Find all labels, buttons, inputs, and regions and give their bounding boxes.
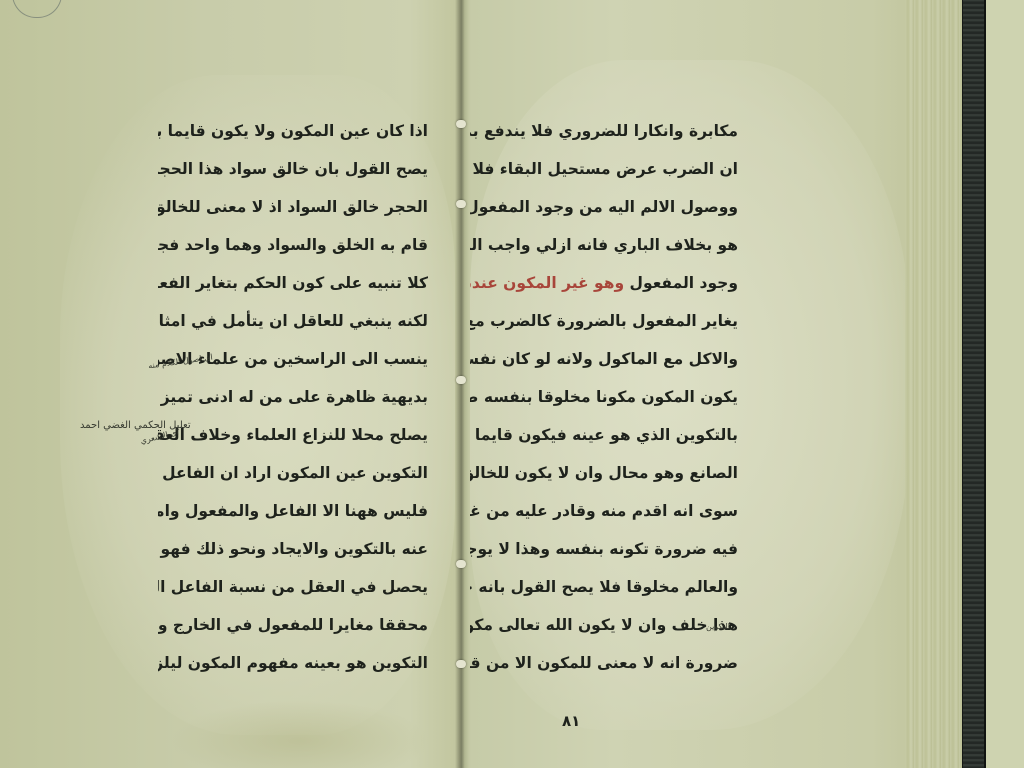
manuscript-spread: اذا كان عين المكون ولا يكون قايما بذات ا… (0, 0, 1024, 768)
text-line: التكوين عين المكون اراد ان الفاعل اذا فع… (158, 454, 428, 492)
stitch-hole (456, 376, 466, 384)
text-segment: وجود المفعول (624, 274, 738, 292)
text-line: لكنه ينبغي للعاقل ان يتأمل في امثال هذه … (158, 302, 428, 340)
corner-pencil-mark (12, 0, 62, 18)
text-line: ان الضرب عرض مستحيل البقاء فلا بد لتعلقه… (470, 150, 738, 188)
text-segment: ان الضرب عرض مستحيل البقاء فلا بد لتعلقه… (470, 160, 738, 178)
text-segment: مكابرة وانكارا للضروري فلا يندفع بما يقا… (470, 122, 738, 140)
text-segment: ضرورة انه لا معنى للمكون الا من قام به ا… (470, 654, 738, 672)
text-segment: والاكل مع الماكول ولانه لو كان نفس المكو… (470, 350, 738, 368)
text-line: هو بخلاف الباري فانه ازلي واجب الدوام يب… (470, 226, 738, 264)
text-line: قام به الخلق والسواد وهما واحد فجعلهما و… (158, 226, 428, 264)
text-line: سوى انه اقدم منه وقادر عليه من غير صنع و… (470, 492, 738, 530)
text-segment: الصانع وهو محال وان لا يكون للخالق تعلق … (470, 464, 738, 482)
marginal-gloss: التكوين (706, 622, 730, 631)
text-line: فليس ههنا الا الفاعل والمفعول واما المعن… (158, 492, 428, 530)
text-line: يغاير المفعول بالضرورة كالضرب مع المضروب (470, 302, 738, 340)
book-gutter (455, 0, 469, 768)
text-line: وجود المفعول وهو غير المكون عندنا لان ال… (470, 264, 738, 302)
text-line: ضرورة انه لا معنى للمكون الا من قام به ا… (470, 644, 738, 682)
page-number: ٨١ (562, 712, 580, 730)
stitch-hole (456, 660, 466, 668)
text-line: والعالم مخلوقا فلا يصح القول بانه خالق ا… (470, 568, 738, 606)
cover-board (986, 0, 1024, 768)
text-line: بديهية ظاهرة على من له ادنى تميز بل يطلب… (158, 378, 428, 416)
text-line: يحصل في العقل من نسبة الفاعل الى المفعول… (158, 568, 428, 606)
text-line: محققا مغايرا للمفعول في الخارج ولم يرد ا… (158, 606, 428, 644)
page-block-edges (905, 0, 963, 768)
text-segment: ووصول الالم اليه من وجود المفعول معه اذ … (470, 198, 738, 216)
text-segment: سوى انه اقدم منه وقادر عليه من غير صنع و… (470, 502, 738, 520)
text-line: اذا كان عين المكون ولا يكون قايما بذات ا… (158, 112, 428, 150)
rubricated-text: وهو غير المكون عندنا (470, 274, 624, 292)
text-line: يكون المكون مكونا مخلوقا بنفسه ضرورة انه… (470, 378, 738, 416)
text-line: والاكل مع الماكول ولانه لو كان نفس المكو… (470, 340, 738, 378)
leather-binding-spine (962, 0, 986, 768)
text-line: الحجر خالق السواد اذ لا معنى للخالق والا… (158, 188, 428, 226)
text-line: كلا تنبيه على كون الحكم بتغاير الفعل وال… (158, 264, 428, 302)
left-page-text-block: اذا كان عين المكون ولا يكون قايما بذات ا… (158, 112, 428, 682)
text-line: عنه بالتكوين والايجاد ونحو ذلك فهو امر ا… (158, 530, 428, 568)
tide-line-stain (170, 700, 430, 768)
text-line: مكابرة وانكارا للضروري فلا يندفع بما يقا… (470, 112, 738, 150)
text-segment: يكون المكون مكونا مخلوقا بنفسه ضرورة انه… (470, 388, 738, 406)
text-segment: هذا خلف وان لا يكون الله تعالى مكونا للا… (470, 616, 738, 634)
text-line: يصلح محلا للنزاع العلماء وخلاف العقلاء ف… (158, 416, 428, 454)
text-line: الصانع وهو محال وان لا يكون للخالق تعلق … (470, 454, 738, 492)
text-line: فيه ضرورة تكونه بنفسه وهذا لا يوجب كونه … (470, 530, 738, 568)
text-segment: بالتكوين الذي هو عينه فيكون قايما مستغني… (470, 426, 738, 444)
text-line: التكوين هو بعينه مفهوم المكون ليلزم المح… (158, 644, 428, 682)
text-line: بالتكوين الذي هو عينه فيكون قايما مستغني… (470, 416, 738, 454)
stitch-hole (456, 120, 466, 128)
stitch-hole (456, 560, 466, 568)
text-segment: يغاير المفعول بالضرورة كالضرب مع المضروب (470, 312, 738, 330)
text-line: ووصول الالم اليه من وجود المفعول معه اذ … (470, 188, 738, 226)
text-segment: فيه ضرورة تكونه بنفسه وهذا لا يوجب كونه … (470, 540, 738, 558)
text-segment: والعالم مخلوقا فلا يصح القول بانه خالق ا… (470, 578, 738, 596)
text-line: يصح القول بان خالق سواد هذا الحجر اسود و… (158, 150, 428, 188)
right-page-text-block: مكابرة وانكارا للضروري فلا يندفع بما يقا… (470, 112, 738, 682)
stitch-hole (456, 200, 466, 208)
text-line: هذا خلف وان لا يكون الله تعالى مكونا للا… (470, 606, 738, 644)
text-segment: هو بخلاف الباري فانه ازلي واجب الدوام يب… (470, 236, 738, 254)
